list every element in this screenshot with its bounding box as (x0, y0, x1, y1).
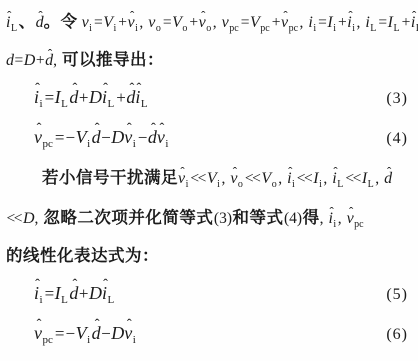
math-subscript: L (108, 294, 115, 306)
hat-variable: ˆd (36, 15, 44, 31)
math-variable: V (76, 323, 87, 343)
circumflex-hat: ˆ (123, 318, 135, 332)
hat-variable: ˆv (124, 128, 132, 146)
hat-variable: ˆv (124, 324, 132, 342)
cjk-text: 若小信号干扰满足 (42, 168, 178, 187)
circumflex-hat: ˆ (177, 166, 188, 179)
math-variable: V (250, 14, 260, 31)
math-subscript: L (393, 23, 399, 34)
cjk-text: 可以推导出： (62, 50, 164, 69)
circumflex-hat: ˆ (346, 10, 354, 23)
circumflex-hat: ˆ (33, 82, 42, 96)
math-subscript: L (141, 98, 148, 110)
math-operator: << (190, 170, 207, 187)
hat-variable: ˆv (199, 15, 206, 31)
math-subscript: pc (260, 23, 269, 34)
math-subscript: L (11, 23, 17, 34)
math-variable: V (103, 14, 113, 31)
math-operator: << (6, 210, 23, 227)
circumflex-hat: ˆ (229, 166, 240, 179)
math-variable: I (362, 170, 367, 187)
circumflex-hat: ˆ (331, 166, 339, 179)
comma: , (320, 210, 324, 227)
math-operator: − (65, 324, 76, 343)
hat-variable: ˆd (45, 53, 53, 69)
hat-variable: ˆv (178, 171, 185, 187)
circumflex-hat: ˆ (68, 278, 81, 292)
circumflex-hat: ˆ (127, 10, 138, 23)
math-subscript: L (337, 179, 343, 190)
math-operator: = (240, 14, 250, 31)
math-variable: V (172, 14, 182, 31)
math-operator: = (318, 14, 328, 31)
math-variable: v (82, 14, 89, 31)
math-subscript: i (133, 334, 136, 346)
hat-variable: ˆd (384, 171, 392, 187)
math-subscript: i (40, 294, 43, 306)
math-variable: V (261, 170, 271, 187)
circumflex-hat: ˆ (33, 122, 45, 136)
math-subscript: L (370, 23, 376, 34)
paragraph2-line3: 的线性化表达式为： (4, 239, 414, 275)
equation-4-number: (4) (386, 119, 408, 159)
cjk-text: 得 (303, 208, 320, 227)
math-subscript: i (333, 23, 336, 34)
document-page: ˆiL、ˆd。令 vi=Vi+ˆvi,vo=Vo+ˆvo,vpc=Vpc+ˆvp… (0, 0, 418, 361)
equation-6: ˆvpc=−Viˆd−Dˆvi (6) (4, 315, 414, 355)
equation-ref: (4) (284, 210, 303, 227)
math-subscript: i (87, 334, 90, 346)
cjk-text: 的线性化表达式为： (6, 246, 159, 265)
math-operator: = (162, 14, 172, 31)
math-subscript: i (319, 179, 322, 190)
circumflex-hat: ˆ (383, 166, 395, 179)
circumflex-hat: ˆ (44, 48, 56, 61)
math-variable: I (55, 87, 61, 107)
hat-variable: ˆi (347, 15, 351, 31)
math-subscript: i (133, 138, 136, 150)
math-operator: << (345, 170, 362, 187)
comma: , (213, 14, 217, 31)
math-variable: I (313, 170, 318, 187)
math-subscript: i (313, 23, 316, 34)
equation-6-number: (6) (386, 315, 408, 355)
math-operator: = (378, 14, 388, 31)
math-subscript: pc (289, 23, 298, 34)
circumflex-hat: ˆ (410, 10, 418, 23)
math-subscript: L (108, 98, 115, 110)
comma: , (35, 210, 39, 227)
hat-variable: ˆi (135, 88, 140, 106)
math-subscript: i (89, 23, 92, 34)
math-variable: V (207, 170, 217, 187)
math-operator: = (14, 52, 24, 69)
math-subscript: o (182, 23, 187, 34)
hat-variable: ˆv (128, 15, 135, 31)
math-operator: = (93, 14, 103, 31)
hat-variable: ˆi (287, 171, 291, 187)
circumflex-hat: ˆ (35, 10, 47, 23)
comma: , (139, 14, 143, 31)
hat-variable: ˆv (34, 324, 42, 342)
hat-variable: ˆv (281, 15, 288, 31)
math-subscript: i (135, 23, 138, 34)
hat-variable: ˆd (92, 128, 101, 146)
math-variable: D (23, 210, 35, 227)
circumflex-hat: ˆ (91, 122, 104, 136)
math-subscript: i (333, 219, 336, 230)
math-variable: V (76, 127, 87, 147)
math-subscript: pc (354, 219, 363, 230)
math-subscript: i (165, 138, 168, 150)
equation-5-body: ˆii=ILˆd+DˆiL (34, 286, 116, 303)
circumflex-hat: ˆ (91, 318, 104, 332)
math-variable: I (55, 283, 61, 303)
hat-variable: ˆi (332, 171, 336, 187)
math-subscript: o (206, 23, 211, 34)
hat-variable: ˆi (34, 284, 39, 302)
circumflex-hat: ˆ (346, 206, 357, 219)
circumflex-hat: ˆ (280, 10, 291, 23)
math-subscript: i (352, 23, 355, 34)
paragraph1-line2: d=D+ˆd,可以推导出： (4, 43, 414, 79)
math-operator: − (65, 128, 76, 147)
circumflex-hat: ˆ (33, 318, 45, 332)
equation-ref: (3) (213, 210, 232, 227)
math-subscript: o (238, 179, 243, 190)
hat-variable: ˆi (411, 15, 415, 31)
comma: , (338, 210, 342, 227)
comma: , (356, 14, 360, 31)
cjk-text: 和等式 (233, 208, 284, 227)
math-subscript: i (87, 138, 90, 150)
comma: , (300, 14, 304, 31)
equation-3: ˆii=ILˆd+DˆiL+ˆdˆiL (3) (4, 79, 414, 119)
circumflex-hat: ˆ (286, 166, 294, 179)
math-operator: = (54, 324, 65, 343)
equation-3-body: ˆii=ILˆd+DˆiL+ˆdˆiL (34, 90, 149, 107)
hat-variable: ˆd (92, 324, 101, 342)
math-subscript: pc (43, 138, 53, 150)
math-variable: v (222, 14, 229, 31)
hat-variable: ˆi (328, 211, 332, 227)
math-operator: = (44, 88, 55, 107)
comma: , (278, 170, 282, 187)
circumflex-hat: ˆ (101, 82, 110, 96)
math-variable: D (24, 52, 36, 69)
hat-variable: ˆi (6, 15, 10, 31)
circumflex-hat: ˆ (101, 278, 110, 292)
equation-5-number: (5) (386, 275, 408, 315)
hat-variable: ˆi (102, 284, 107, 302)
equation-5: ˆii=ILˆd+DˆiL (5) (4, 275, 414, 315)
circumflex-hat: ˆ (5, 10, 13, 23)
circumflex-hat: ˆ (327, 206, 335, 219)
math-subscript: i (40, 98, 43, 110)
circumflex-hat: ˆ (123, 122, 135, 136)
comma: , (375, 170, 379, 187)
hat-variable: ˆi (34, 88, 39, 106)
math-subscript: pc (229, 23, 238, 34)
math-subscript: L (61, 98, 68, 110)
circumflex-hat: ˆ (156, 122, 168, 136)
cjk-text: 。令 (44, 12, 78, 31)
paragraph2-line1: 若小信号干扰满足ˆvi<<Vi,ˆvo<<Vo,ˆii<<Ii,ˆiL<<IL,… (4, 159, 414, 199)
hat-variable: ˆv (347, 211, 354, 227)
math-variable: d (6, 52, 14, 69)
math-subscript: i (217, 179, 220, 190)
hat-variable: ˆv (34, 128, 42, 146)
math-subscript: i (292, 179, 295, 190)
hat-variable: ˆd (69, 88, 78, 106)
circumflex-hat: ˆ (33, 278, 42, 292)
circumflex-hat: ˆ (134, 82, 143, 96)
math-subscript: o (156, 23, 161, 34)
hat-variable: ˆv (157, 128, 165, 146)
paragraph2-line2: <<D,忽略二次项并化简等式(3)和等式(4)得,ˆii,ˆvpc (4, 199, 414, 239)
circumflex-hat: ˆ (198, 10, 209, 23)
math-subscript: pc (43, 334, 53, 346)
math-operator: << (244, 170, 261, 187)
cjk-text: 忽略二次项并化简等式 (43, 208, 213, 227)
hat-variable: ˆi (102, 88, 107, 106)
hat-variable: ˆd (69, 284, 78, 302)
comma: , (221, 170, 225, 187)
equation-3-number: (3) (386, 79, 408, 119)
cjk-text: 、 (19, 12, 36, 31)
math-subscript: L (368, 179, 374, 190)
equation-6-body: ˆvpc=−Viˆd−Dˆvi (34, 326, 137, 343)
circumflex-hat: ˆ (68, 82, 81, 96)
math-variable: v (148, 14, 155, 31)
comma: , (323, 170, 327, 187)
math-operator: = (54, 128, 65, 147)
math-operator: << (296, 170, 313, 187)
math-subscript: o (272, 179, 277, 190)
math-subscript: i (186, 179, 189, 190)
math-subscript: L (61, 294, 68, 306)
paragraph1-line1: ˆiL、ˆd。令 vi=Vi+ˆvi,vo=Vo+ˆvo,vpc=Vpc+ˆvp… (4, 3, 414, 43)
equation-4-body: ˆvpc=−Viˆd−Dˆvi−ˆdˆvi (34, 130, 170, 147)
math-operator: = (44, 284, 55, 303)
math-variable: I (327, 14, 332, 31)
hat-variable: ˆv (230, 171, 237, 187)
math-subscript: i (113, 23, 116, 34)
equation-4: ˆvpc=−Viˆd−Dˆvi−ˆdˆvi (4) (4, 119, 414, 159)
